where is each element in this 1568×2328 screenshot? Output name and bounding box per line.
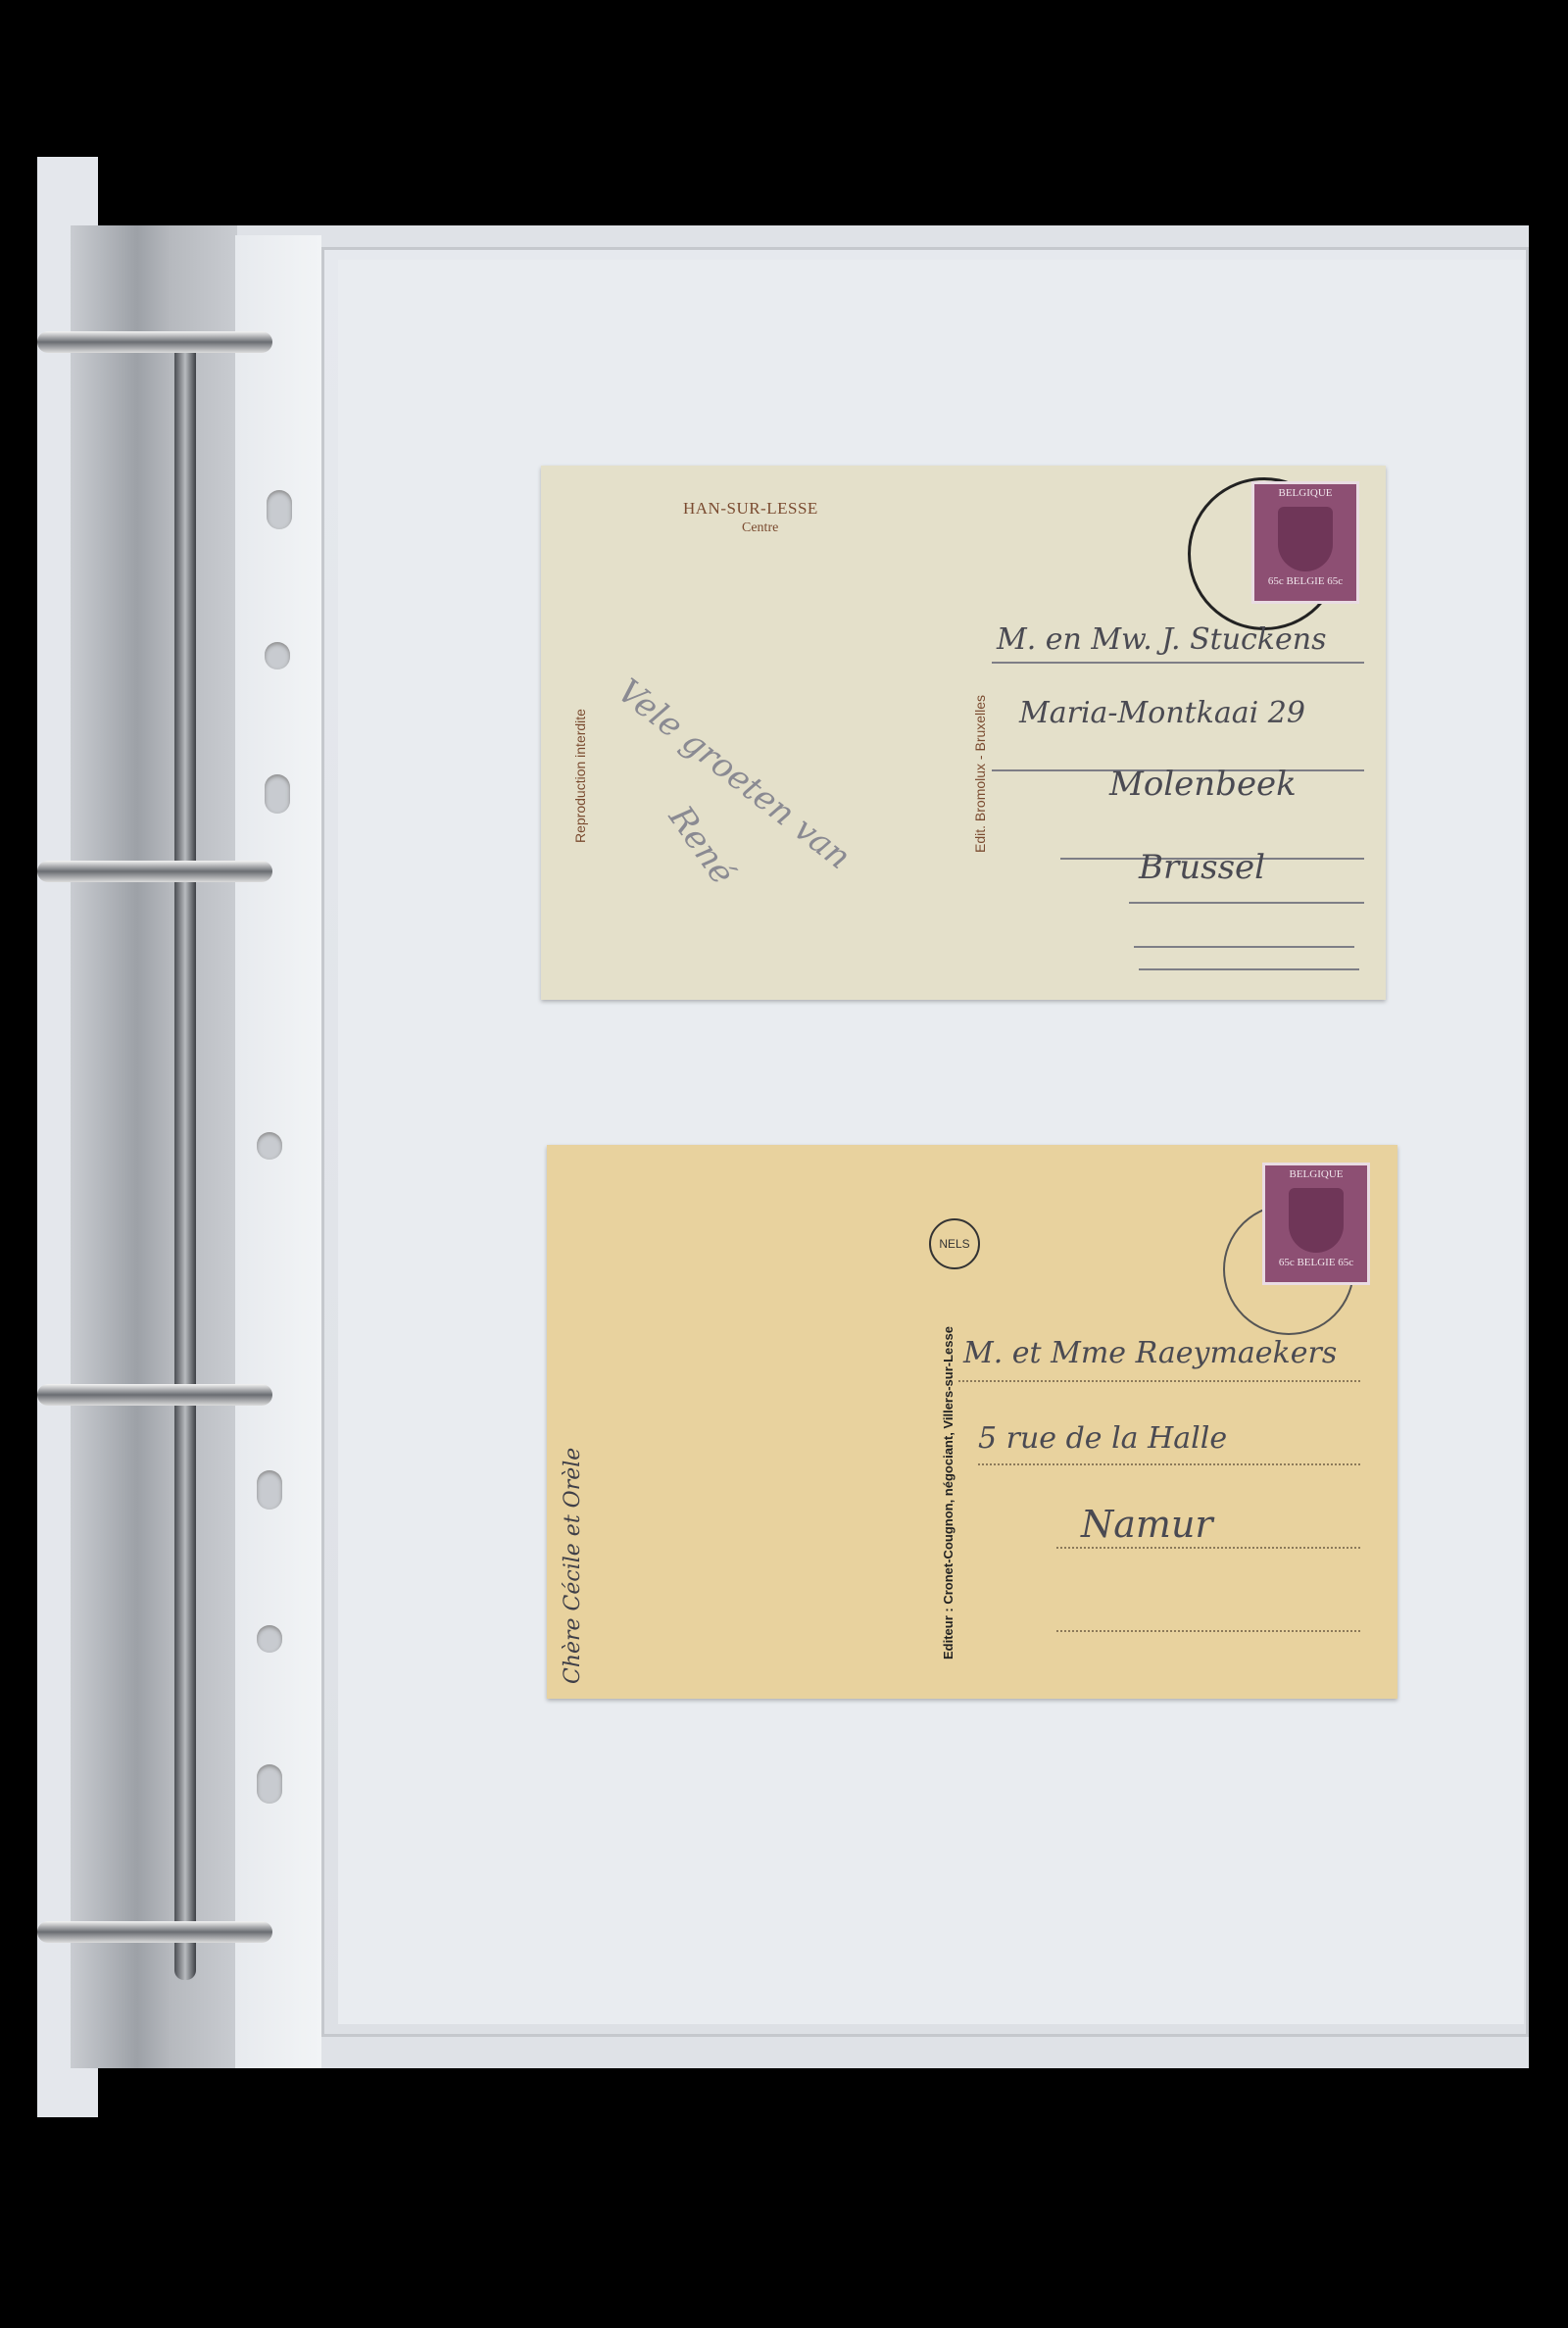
punch-hole	[265, 642, 290, 669]
postage-stamp: BELGIQUE 65c BELGIE 65c	[1251, 481, 1359, 604]
punch-hole	[265, 774, 290, 814]
binder-ring[interactable]	[37, 331, 272, 353]
publisher-text: Edit. Bromolux - Bruxelles	[972, 695, 988, 853]
address-rule	[958, 1380, 1360, 1382]
address-rule	[978, 1463, 1360, 1465]
binder-post	[174, 333, 196, 1980]
nels-logo-icon: NELS	[929, 1218, 980, 1269]
address-line: Maria-Montkaai 29	[1019, 696, 1305, 730]
address-line: Molenbeek	[1109, 765, 1297, 804]
address-rule	[1129, 902, 1364, 904]
punch-hole	[257, 1625, 282, 1653]
stamp-country: BELGIQUE	[1254, 487, 1356, 499]
lion-shield-icon	[1278, 507, 1333, 571]
address-line: Namur	[1081, 1503, 1213, 1546]
postage-stamp: BELGIQUE 65c BELGIE 65c	[1262, 1163, 1370, 1285]
punch-hole	[257, 1764, 282, 1804]
address-rule	[1056, 1630, 1360, 1632]
postcard-subtitle: Centre	[742, 520, 778, 536]
handwritten-greeting: Vele groeten van	[610, 671, 857, 877]
handwritten-signature: René	[661, 799, 742, 892]
stamp-country: BELGIQUE	[1265, 1168, 1367, 1180]
stamp-value: 65c BELGIE 65c	[1254, 575, 1356, 587]
address-line: M. en Mw. J. Stuckens	[997, 622, 1326, 657]
binder-ring[interactable]	[37, 861, 272, 882]
postcard-han-sur-lesse: HAN-SUR-LESSE Centre Reproduction interd…	[541, 466, 1386, 1000]
binder-ring[interactable]	[37, 1384, 272, 1406]
publisher-text: Editeur : Cronet-Cougnon, négociant, Vil…	[941, 1326, 955, 1659]
punch-hole	[257, 1132, 282, 1160]
stamp-value: 65c BELGIE 65c	[1265, 1257, 1367, 1268]
postcard-title: HAN-SUR-LESSE	[683, 499, 818, 519]
punch-hole	[267, 490, 292, 529]
address-rule	[1139, 968, 1359, 970]
postcard-villers-sur-lesse: Chère Cécile et Orèle NELS Editeur : Cro…	[547, 1145, 1397, 1699]
address-line: Brussel	[1139, 848, 1265, 887]
address-rule	[1056, 1547, 1360, 1549]
binder-ring[interactable]	[37, 1921, 272, 1943]
address-line: 5 rue de la Halle	[978, 1421, 1227, 1456]
reproduction-notice: Reproduction interdite	[572, 709, 588, 843]
address-rule	[992, 662, 1364, 664]
handwritten-message: Chère Cécile et Orèle	[557, 1155, 929, 1684]
punch-hole	[257, 1470, 282, 1510]
address-line: M. et Mme Raeymaekers	[963, 1336, 1337, 1370]
address-rule	[1134, 946, 1354, 948]
lion-shield-icon	[1289, 1188, 1344, 1253]
binder-spine-strip	[71, 225, 237, 2068]
